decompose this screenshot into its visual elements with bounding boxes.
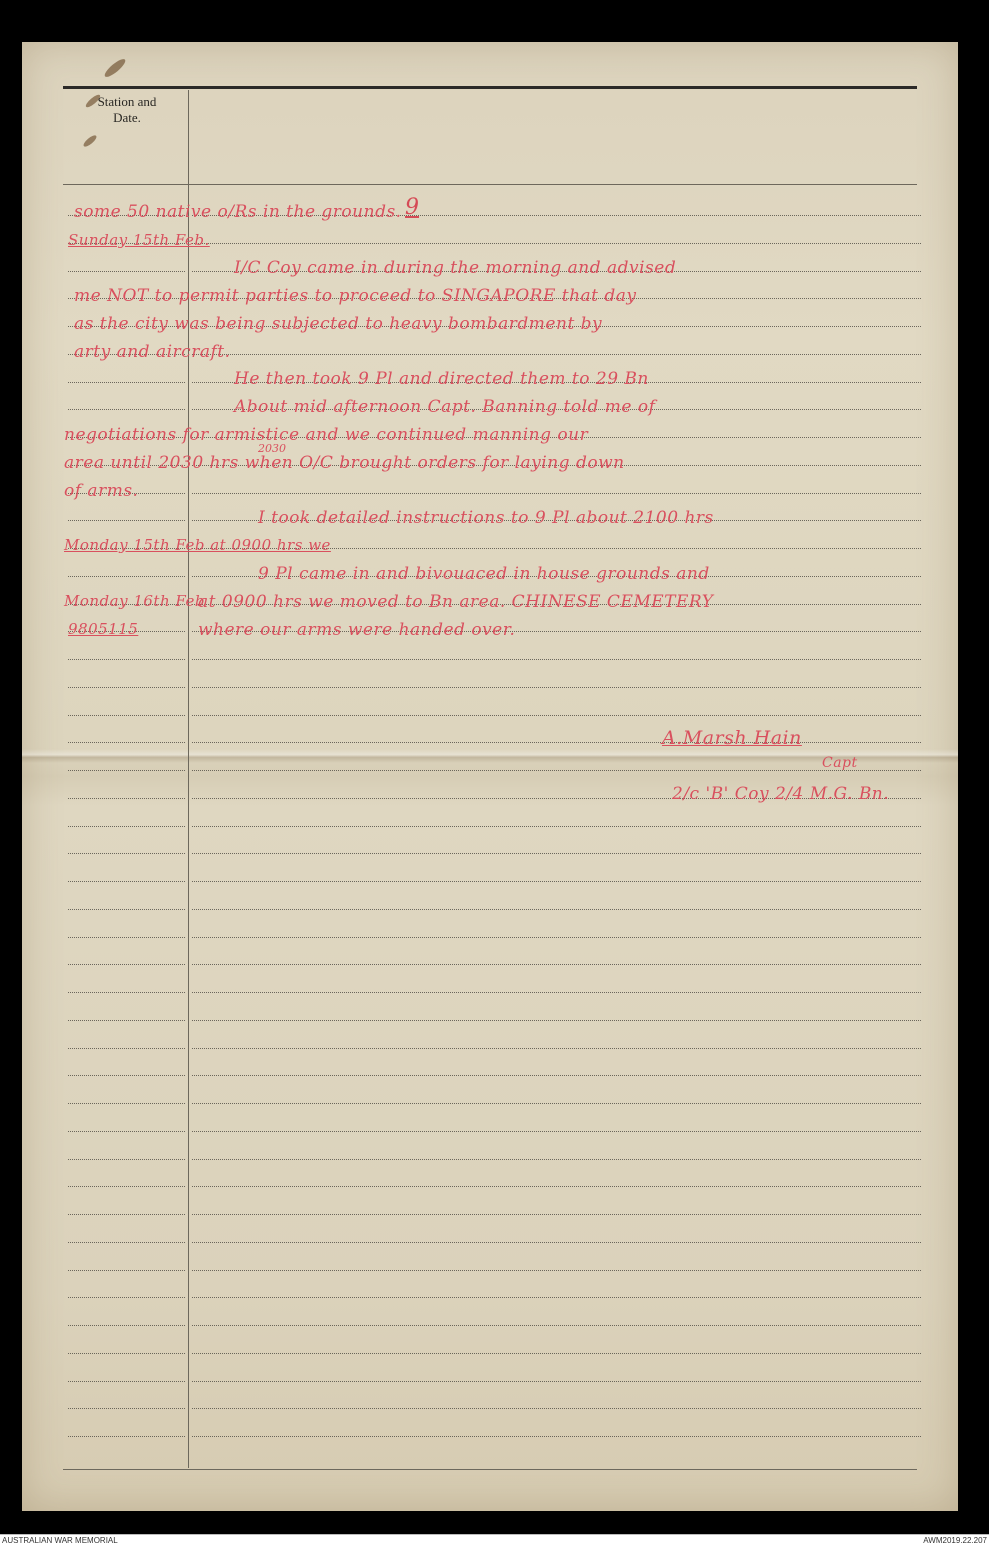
form-top-rule	[63, 86, 917, 89]
page-number: 9	[405, 195, 419, 220]
ruled-line-body-col	[192, 1075, 922, 1076]
ruled-line	[22, 1075, 958, 1076]
ruled-line-date-col	[68, 409, 186, 410]
ruled-line-date-col	[68, 382, 186, 383]
entry-line: He then took 9 Pl and directed them to 2…	[234, 369, 649, 389]
entry-line: negotiations for armistice and we contin…	[64, 425, 588, 445]
entry-line: of arms.	[64, 481, 138, 501]
ruled-line	[22, 715, 958, 716]
ruled-line	[22, 659, 958, 660]
ruled-line-date-col	[68, 1048, 186, 1049]
header-label-line1: Station and	[77, 94, 177, 110]
ruled-line-date-col	[68, 1270, 186, 1271]
footer-bar: AUSTRALIAN WAR MEMORIAL AWM2019.22.207	[0, 1534, 989, 1546]
ruled-line	[22, 1381, 958, 1382]
time-correction: 2030	[258, 442, 286, 455]
ruled-line-body-col	[192, 1020, 922, 1021]
ruled-line-body-col	[192, 715, 922, 716]
ruled-line-body-col	[192, 1131, 922, 1132]
ruled-line	[22, 770, 958, 771]
ruled-line-date-col	[68, 1131, 186, 1132]
ruled-line-body-col	[192, 1103, 922, 1104]
signature-rank: Capt	[822, 755, 858, 771]
station-date-header: Station and Date.	[77, 94, 177, 126]
ruled-line-body-col	[192, 1214, 922, 1215]
ruled-line	[22, 964, 958, 965]
entry-line: I/C Coy came in during the morning and a…	[234, 258, 676, 278]
ruled-line	[22, 1131, 958, 1132]
ruled-line-date-col	[68, 798, 186, 799]
ruled-line-body-col	[192, 1159, 922, 1160]
ruled-line-date-col	[68, 1297, 186, 1298]
ruled-line-body-col	[192, 909, 922, 910]
ruled-line-date-col	[68, 1242, 186, 1243]
ruled-line-date-col	[68, 909, 186, 910]
ruled-line-body-col	[192, 992, 922, 993]
ruled-line	[22, 1048, 958, 1049]
ruled-line	[22, 992, 958, 993]
ruled-line	[22, 1214, 958, 1215]
ruled-line	[22, 881, 958, 882]
entry-line: arty and aircraft.	[74, 342, 230, 362]
ruled-line-body-col	[192, 1242, 922, 1243]
ruled-line-body-col	[192, 659, 922, 660]
entry-line: at 0900 hrs we moved to Bn area. CHINESE…	[198, 592, 713, 612]
ruled-line	[22, 1436, 958, 1437]
ruled-line-body-col	[192, 1325, 922, 1326]
ruled-line-date-col	[68, 1381, 186, 1382]
institution-credit: AUSTRALIAN WAR MEMORIAL	[2, 1535, 118, 1546]
ruled-line-date-col	[68, 1103, 186, 1104]
ruled-line-body-col	[192, 742, 922, 743]
ruled-line-date-col	[68, 576, 186, 577]
ruled-line-date-col	[68, 1159, 186, 1160]
ruled-line-date-col	[68, 1408, 186, 1409]
ruled-line-date-col	[68, 1325, 186, 1326]
ruled-line	[22, 1020, 958, 1021]
ruled-line-body-col	[192, 1270, 922, 1271]
ruled-line-body-col	[192, 354, 922, 355]
rust-stain	[102, 57, 127, 80]
ruled-line-date-col	[68, 992, 186, 993]
entry-line: where our arms were handed over.	[198, 620, 515, 640]
ruled-line-date-col	[68, 715, 186, 716]
ruled-line-body-col	[192, 1353, 922, 1354]
ruled-line-body-col	[192, 1297, 922, 1298]
ruled-line-date-col	[68, 271, 186, 272]
ruled-line	[22, 1408, 958, 1409]
date-entry: Sunday 15th Feb.	[68, 231, 210, 249]
entry-line: I took detailed instructions to 9 Pl abo…	[258, 508, 714, 528]
ruled-line	[22, 1103, 958, 1104]
entry-line: as the city was being subjected to heavy…	[74, 314, 602, 334]
ruled-line-date-col	[68, 1436, 186, 1437]
ruled-line-body-col	[192, 493, 922, 494]
rust-stain	[82, 134, 98, 149]
ruled-line	[22, 493, 958, 494]
ruled-line-date-col	[68, 1020, 186, 1021]
ruled-line	[22, 1325, 958, 1326]
ruled-line-date-col	[68, 937, 186, 938]
ruled-line-date-col	[68, 826, 186, 827]
ruled-line	[22, 853, 958, 854]
ruled-line-body-col	[192, 1381, 922, 1382]
ruled-line	[22, 909, 958, 910]
ruled-line-date-col	[68, 853, 186, 854]
ruled-line-body-col	[192, 1436, 922, 1437]
ruled-line-body-col	[192, 853, 922, 854]
entry-line: me NOT to permit parties to proceed to S…	[74, 286, 637, 306]
entry-line: area until 2030 hrs when O/C brought ord…	[64, 453, 625, 473]
ruled-line	[22, 937, 958, 938]
reference-number: AWM2019.22.207	[923, 1535, 987, 1546]
signature: A.Marsh Hain	[662, 727, 802, 749]
ruled-line-body-col	[192, 770, 922, 771]
ruled-line	[22, 742, 958, 743]
ruled-line-date-col	[68, 520, 186, 521]
ruled-line-date-col	[68, 964, 186, 965]
service-number: 9805115	[68, 620, 138, 638]
signature-unit: 2/c 'B' Coy 2/4 M.G. Bn.	[672, 784, 889, 804]
ruled-line-body-col	[192, 881, 922, 882]
form-bottom-rule	[63, 1469, 917, 1470]
ruled-line-date-col	[68, 770, 186, 771]
ruled-line	[22, 1159, 958, 1160]
entry-line: some 50 native o/Rs in the grounds.	[74, 202, 402, 222]
ruled-line	[22, 1297, 958, 1298]
ruled-line-body-col	[192, 1048, 922, 1049]
ruled-line-date-col	[68, 687, 186, 688]
ruled-line-body-col	[192, 243, 922, 244]
ruled-line-date-col	[68, 1075, 186, 1076]
ruled-line	[22, 1270, 958, 1271]
ruled-line-body-col	[192, 1408, 922, 1409]
struck-date-entry: Monday 15th Feb at 0900 hrs we	[64, 536, 331, 554]
header-bottom-rule	[63, 184, 917, 185]
ruled-line-date-col	[68, 742, 186, 743]
header-label-line2: Date.	[77, 110, 177, 126]
ruled-line-body-col	[192, 937, 922, 938]
ruled-line-date-col	[68, 881, 186, 882]
entry-line: About mid afternoon Capt. Banning told m…	[234, 397, 655, 417]
ruled-line-body-col	[192, 1186, 922, 1187]
ruled-line-body-col	[192, 687, 922, 688]
ruled-line	[22, 1242, 958, 1243]
date-entry: Monday 16th Feb	[64, 592, 205, 610]
ruled-line-date-col	[68, 1186, 186, 1187]
document-page: Station and Date. 9 some 50 native o/Rs …	[22, 42, 958, 1511]
ruled-line-body-col	[192, 964, 922, 965]
ruled-line	[22, 687, 958, 688]
ruled-line-date-col	[68, 1353, 186, 1354]
ruled-line	[22, 1353, 958, 1354]
paper-fold	[22, 749, 958, 763]
ruled-line	[22, 826, 958, 827]
ruled-line-body-col	[192, 826, 922, 827]
entry-line: 9 Pl came in and bivouaced in house grou…	[258, 564, 710, 584]
ruled-line-date-col	[68, 659, 186, 660]
ruled-line-date-col	[68, 1214, 186, 1215]
ruled-line	[22, 1186, 958, 1187]
